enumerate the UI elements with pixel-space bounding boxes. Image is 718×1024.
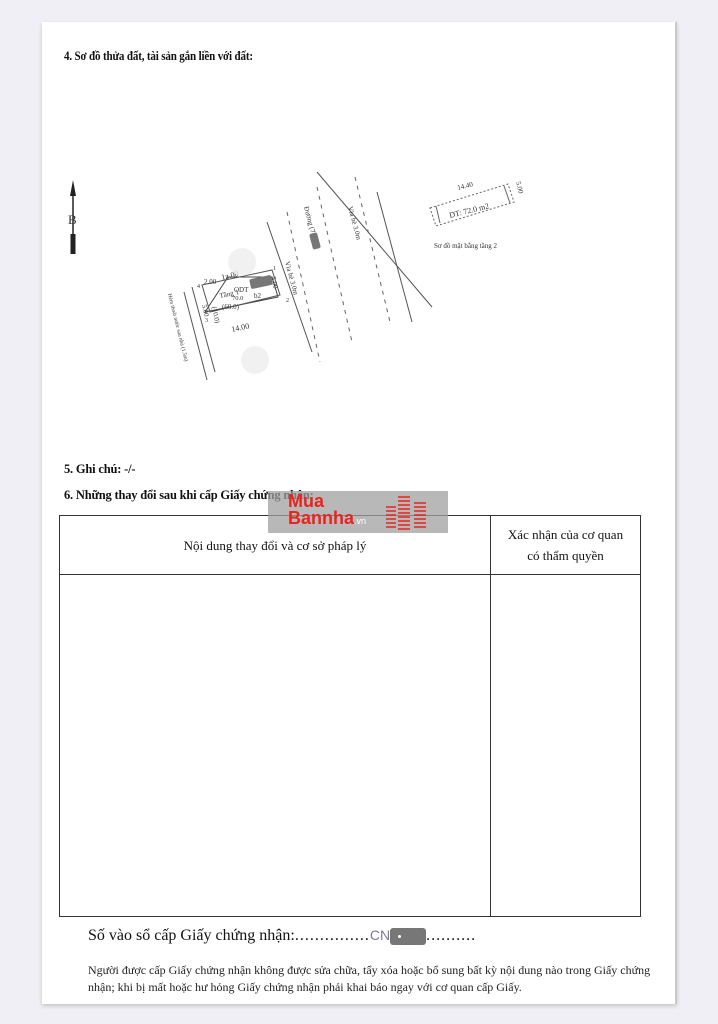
- watermark-logo: Mua Bannha.vn: [268, 491, 448, 533]
- svg-text:Hẻm thoát nước sau nhà (1.5m): Hẻm thoát nước sau nhà (1.5m): [166, 293, 190, 363]
- svg-text:Vỉa hè 3.0m: Vỉa hè 3.0m: [283, 260, 300, 296]
- col-header-approval: Xác nhận của cơ quan có thẩm quyền: [491, 516, 641, 575]
- svg-text:14.40: 14.40: [457, 180, 475, 192]
- svg-text:4: 4: [197, 284, 200, 290]
- content-cell: [60, 575, 491, 917]
- svg-text:2: 2: [286, 298, 289, 304]
- svg-text:Sơ đồ mặt bằng tầng 2: Sơ đồ mặt bằng tầng 2: [434, 242, 498, 250]
- north-arrow-icon: B: [68, 180, 77, 254]
- svg-text:2.00: 2.00: [204, 278, 217, 286]
- section-5-heading: 5. Ghi chú: -/-: [64, 462, 135, 477]
- certificate-page: 4. Sơ đồ thửa đất, tài sản gắn liền với …: [42, 22, 677, 1004]
- north-label: B: [68, 212, 77, 227]
- svg-text:(60.0): (60.0): [222, 303, 240, 311]
- redacted-serial: [390, 928, 426, 945]
- notice-text: Người được cấp Giấy chứng nhận không đượ…: [88, 962, 658, 996]
- svg-text:5.00: 5.00: [200, 304, 210, 318]
- svg-text:5.00: 5.00: [514, 181, 525, 195]
- serial-number-line: Số vào sổ cấp Giấy chứng nhận:..........…: [88, 927, 476, 945]
- floor2-plan: 14.40 5.00 DT: 72.0 m2 Sơ đồ mặt bằng tầ…: [430, 180, 525, 250]
- changes-table: Nội dung thay đổi và cơ sở pháp lý Xác n…: [59, 515, 641, 917]
- svg-text:5.00: 5.00: [269, 276, 279, 290]
- svg-text:14.00: 14.00: [231, 321, 250, 334]
- svg-text:DT: 72.0 m2: DT: 72.0 m2: [448, 201, 490, 220]
- approval-cell: [491, 575, 641, 917]
- svg-text:3: 3: [205, 318, 208, 324]
- building-icon: [384, 493, 430, 531]
- svg-text:b2: b2: [254, 292, 262, 300]
- parcel-diagram: B 1z.00 14.00 2.00 ODT 70.0 b2 Tầng 1: [42, 22, 675, 462]
- svg-text:1: 1: [273, 266, 276, 272]
